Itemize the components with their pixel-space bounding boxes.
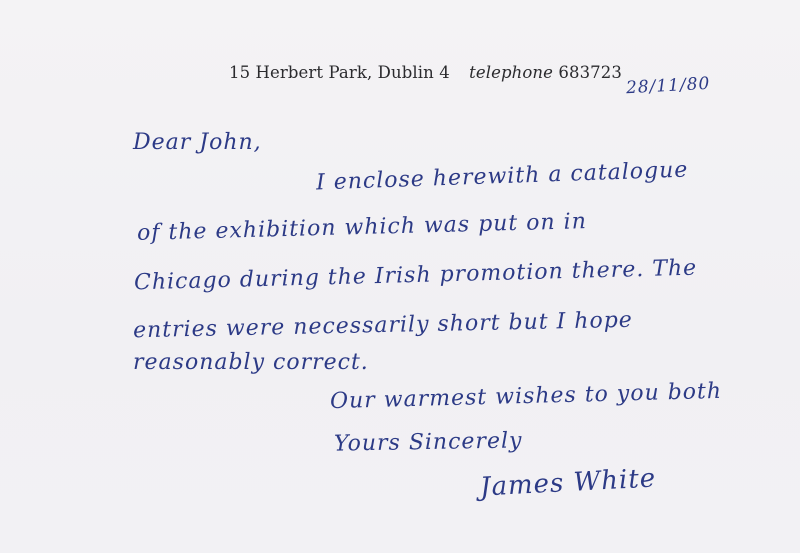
body-line: I enclose herewith a catalogue (316, 158, 689, 196)
signature: James White (479, 463, 657, 502)
body-line: Our warmest wishes to you both (330, 379, 723, 414)
body-line: of the exhibition which was put on in (137, 209, 587, 246)
closing: Yours Sincerely (334, 428, 523, 456)
letterhead: 15 Herbert Park, Dublin 4 telephone 6837… (229, 63, 622, 82)
body-line: reasonably correct. (133, 350, 369, 375)
body-line: Chicago during the Irish promotion there… (134, 256, 698, 296)
telephone-number: 683723 (558, 63, 622, 82)
letterhead-address: 15 Herbert Park, Dublin 4 (229, 63, 450, 82)
letter-date: 28/11/80 (626, 74, 711, 98)
telephone-label: telephone (469, 63, 553, 82)
salutation: Dear John, (133, 130, 262, 155)
letter-paper: 15 Herbert Park, Dublin 4 telephone 6837… (0, 0, 800, 553)
body-line: entries were necessarily short but I hop… (133, 308, 633, 343)
